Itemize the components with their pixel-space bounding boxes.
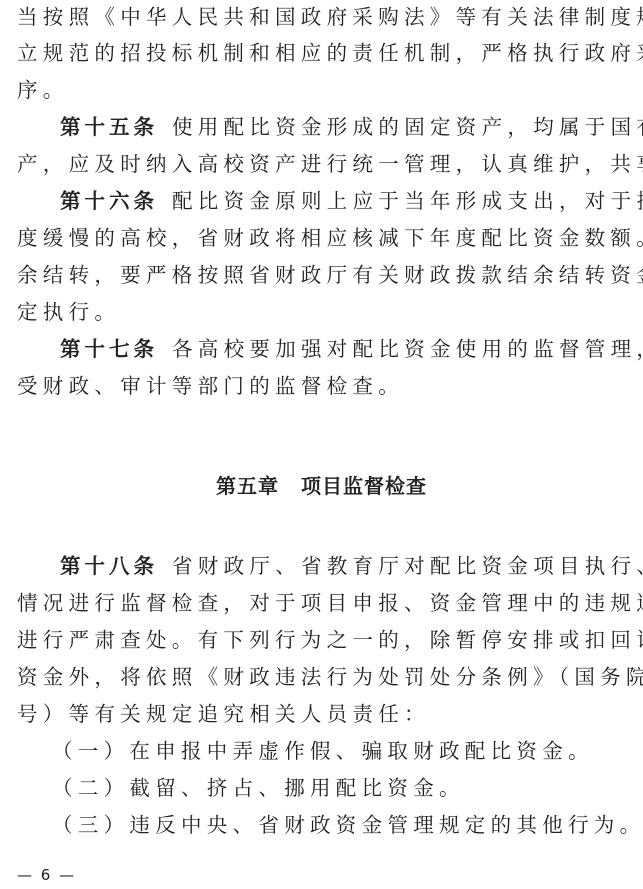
article-text: 配比资金原则上应于当年形成支出，对于执行进 [172, 189, 643, 213]
paragraph-line: 进行严肃查处。有下列行为之一的，除暂停安排或扣回该校配比 [17, 627, 643, 653]
paragraph-line: 受财政、审计等部门的监督检查。 [17, 373, 404, 399]
paragraph-line: 产，应及时纳入高校资产进行统一管理，认真维护，共享共用。 [17, 151, 643, 177]
list-item: （一）在申报中弄虚作假、骗取财政配比资金。 [52, 738, 594, 764]
article-text: 省财政厅、省教育厅对配比资金项目执行、落实 [172, 554, 643, 578]
article-17: 第十七条各高校要加强对配比资金使用的监督管理，并接 [60, 336, 643, 362]
article-18: 第十八条省财政厅、省教育厅对配比资金项目执行、落实 [60, 553, 643, 579]
paragraph-line: 序。 [17, 77, 69, 103]
paragraph-line: 余结转，要严格按照省财政厅有关财政拨款结余结转资金管理规 [17, 262, 643, 288]
article-16: 第十六条配比资金原则上应于当年形成支出，对于执行进 [60, 188, 643, 214]
chapter-number: 第五章 [216, 474, 279, 498]
paragraph-line: 情况进行监督检查，对于项目申报、资金管理中的违规违纪问题 [17, 590, 643, 616]
article-label: 第十五条 [60, 115, 158, 139]
article-label: 第十六条 [60, 189, 158, 213]
paragraph-line: 定执行。 [17, 299, 120, 325]
chapter-title: 项目监督检查 [301, 474, 427, 498]
article-label: 第十七条 [60, 337, 158, 361]
paragraph-line: 立规范的招投标机制和相应的责任机制，严格执行政府采购程 [17, 40, 643, 66]
paragraph-line: 资金外，将依照《财政违法行为处罚处分条例》（国务院令第 427 [17, 664, 643, 690]
article-15: 第十五条使用配比资金形成的固定资产，均属于国有资 [60, 114, 643, 140]
list-item: （三）违反中央、省财政资金管理规定的其他行为。 [52, 812, 643, 838]
paragraph-line: 度缓慢的高校，省财政将相应核减下年度配比资金数额。如有结 [17, 225, 643, 251]
article-text: 各高校要加强对配比资金使用的监督管理，并接 [172, 337, 643, 361]
chapter-heading: 第五章项目监督检查 [0, 470, 643, 499]
list-item: （二）截留、挤占、挪用配比资金。 [52, 775, 465, 801]
page-number: — 6 — [17, 866, 76, 884]
paragraph-line: 号）等有关规定追究相关人员责任： [17, 701, 430, 727]
article-text: 使用配比资金形成的固定资产，均属于国有资 [172, 115, 643, 139]
article-label: 第十八条 [60, 554, 158, 578]
paragraph-line: 当按照《中华人民共和国政府采购法》等有关法律制度规定，建 [17, 4, 643, 30]
